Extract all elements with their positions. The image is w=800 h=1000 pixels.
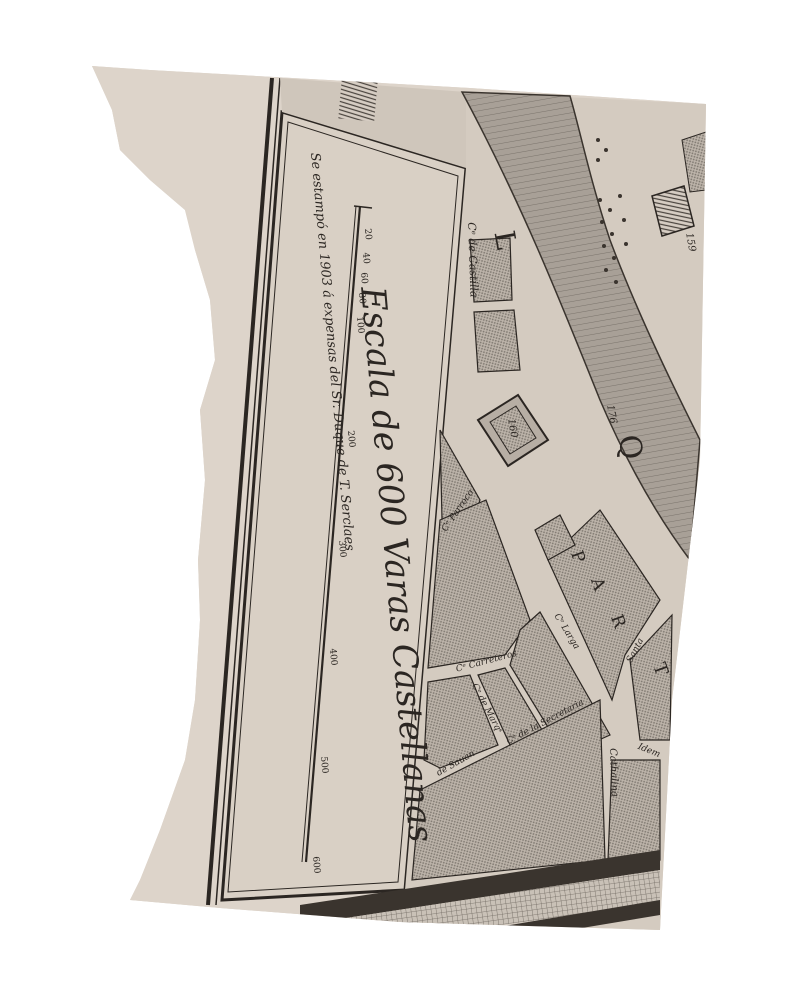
scale-tick: 500 (318, 756, 329, 774)
scale-tick: 100 (354, 316, 365, 334)
scale-tick: 300 (336, 540, 347, 558)
map-photo: Escala de 600 Varas Castellanas Se estam… (0, 0, 800, 1000)
scale-tick: 40 (360, 252, 371, 264)
scale-tick: 600 (310, 856, 321, 874)
street-label-catalina: Cathalina (607, 748, 620, 797)
scale-tick: 80 (356, 292, 367, 304)
scale-tick: 20 (362, 228, 373, 240)
scale-tick: 400 (327, 648, 338, 666)
street-label-castilla: Cᵉ de Castilla (465, 222, 481, 298)
scale-tick: 200 (345, 430, 356, 448)
map-sheet: Escala de 600 Varas Castellanas Se estam… (0, 0, 800, 1000)
scale-tick: 60 (358, 272, 369, 284)
